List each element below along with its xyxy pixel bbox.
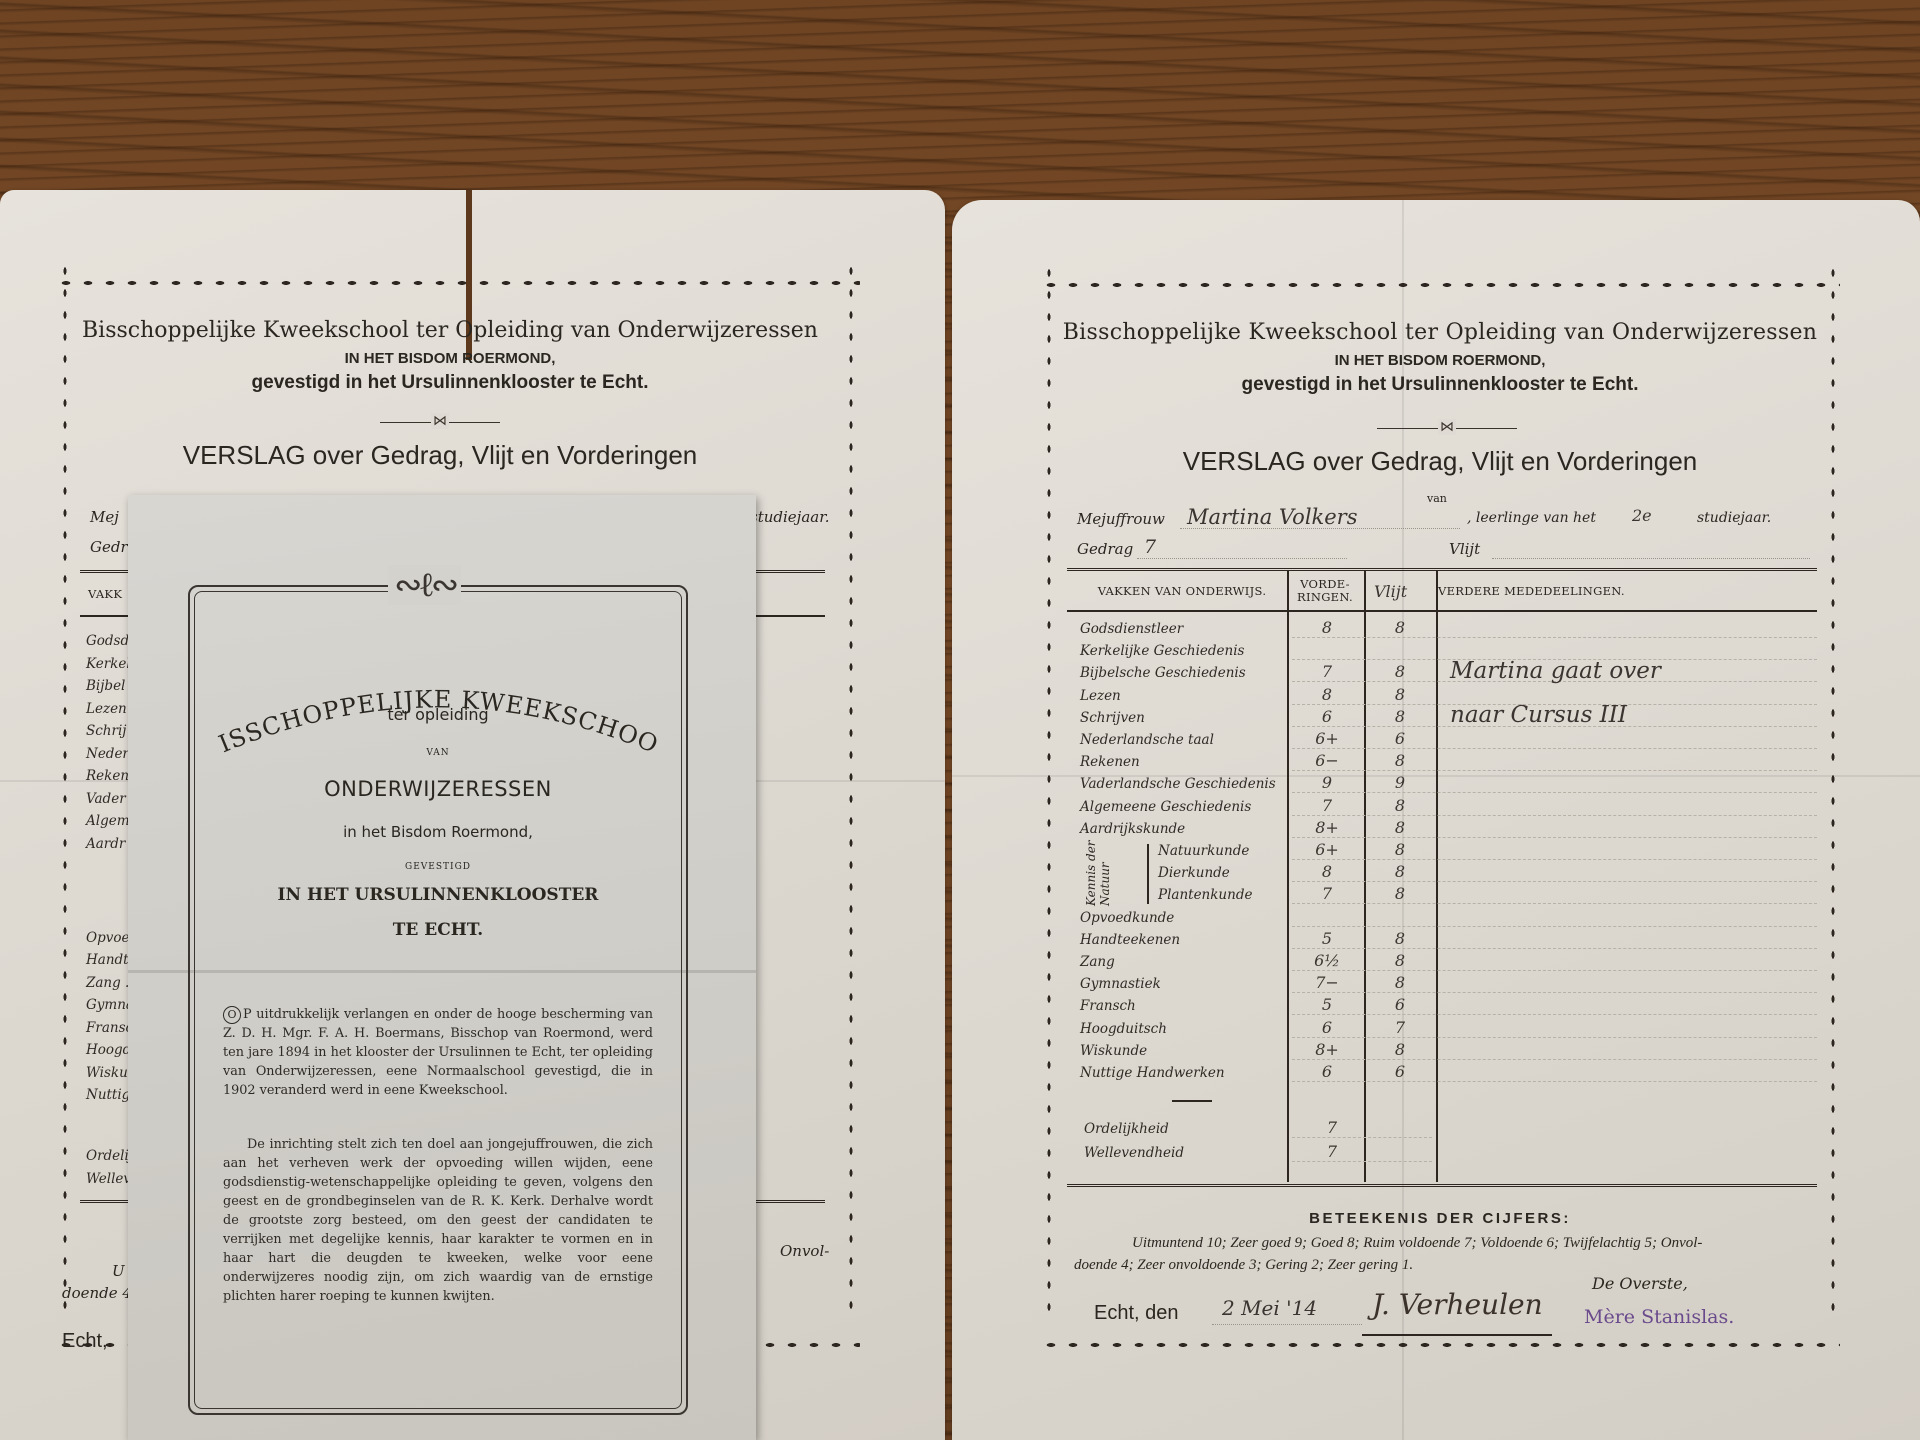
report-heading: VERSLAG over Gedrag, Vlijt en Vorderinge… xyxy=(30,440,850,471)
vlijt-grade: 8 xyxy=(1370,973,1430,992)
section-separator xyxy=(1172,1100,1212,1102)
table-top-rule xyxy=(1067,568,1817,572)
vlijt-grade: 8 xyxy=(1370,751,1430,770)
gedrag-fragment: Gedr xyxy=(90,538,128,556)
subject-name: Aardrijkskunde xyxy=(1080,821,1185,837)
vorderingen-grade: 8+ xyxy=(1297,1040,1357,1059)
vorderingen-grade: 8 xyxy=(1297,862,1357,881)
vlijt-grade: 6 xyxy=(1370,1062,1430,1081)
brace xyxy=(1147,844,1153,904)
vorderingen-grade: 6− xyxy=(1297,751,1357,770)
subject-name: Opvoedkunde xyxy=(1080,910,1174,926)
vorderingen-grade: 5 xyxy=(1297,929,1357,948)
subject-name: Lezen xyxy=(1080,688,1121,704)
location: gevestigd in het Ursulinnenklooster te E… xyxy=(1040,374,1840,396)
place-fragment: Echt, xyxy=(62,1330,108,1353)
vorderingen-grade: 9 xyxy=(1297,773,1357,792)
subject-fragment: Lezen xyxy=(86,698,127,720)
table-row: Dierkunde xyxy=(1158,862,1230,884)
vorderingen-grade: 6 xyxy=(1297,1018,1357,1037)
remark-line-2: naar Cursus III xyxy=(1450,702,1627,728)
conduct-grade: 7 xyxy=(1302,1118,1362,1137)
column-divider xyxy=(1287,570,1289,1182)
table-row: Ordelijkheid xyxy=(1084,1118,1169,1140)
vlijt-grade: 8 xyxy=(1370,707,1430,726)
row-guide-line xyxy=(1292,881,1817,882)
mejuffrouw-label: Mejuffrouw xyxy=(1077,510,1165,528)
subject-name: Gymna xyxy=(86,997,134,1013)
row-guide-line xyxy=(1292,815,1817,816)
subject-fragment: Aardr xyxy=(86,833,125,855)
subject-name: Hoogduitsch xyxy=(1080,1021,1167,1037)
vorderingen-grade: 6 xyxy=(1297,1062,1357,1081)
ornament-divider xyxy=(380,422,500,423)
table-row: Plantenkunde xyxy=(1158,884,1252,906)
studiejaar-label: studiejaar. xyxy=(1697,510,1771,526)
subject-name: Rekenen xyxy=(1080,754,1140,770)
table-row: Lezen xyxy=(1080,685,1121,707)
brochure-paragraph-2: De inrichting stelt zich ten doel aan jo… xyxy=(223,1135,653,1306)
subject-name: Fransch xyxy=(1080,998,1136,1014)
legend-fragment: Onvol- xyxy=(780,1242,829,1260)
ornament-divider xyxy=(1377,428,1517,429)
vorderingen-grade: 7 xyxy=(1297,884,1357,903)
subject-name: Neder xyxy=(86,746,129,762)
table-row: Fransch xyxy=(1080,995,1136,1017)
brochure-line: VAN xyxy=(198,748,678,758)
row-guide-line xyxy=(1292,903,1817,904)
vlijt-grade: 8 xyxy=(1370,662,1430,681)
row-guide-line xyxy=(1292,926,1817,927)
vorderingen-grade: 7− xyxy=(1297,973,1357,992)
subject-name: Lezen xyxy=(86,701,127,717)
flourish-ornament: ∾ℓ∾ xyxy=(388,565,461,605)
subject-fragment: Neder xyxy=(86,743,129,765)
report-date: 2 Mei '14 xyxy=(1222,1296,1317,1320)
subject-name: Godsdi xyxy=(86,633,133,649)
subject-name: Schrijven xyxy=(1080,710,1145,726)
table-row: Gymnastiek xyxy=(1080,973,1161,995)
vorderingen-grade: 6 xyxy=(1297,707,1357,726)
table-row: Kerkelijke Geschiedenis xyxy=(1080,640,1244,662)
legend-fragment: U xyxy=(112,1262,125,1280)
paragraph-text: P uitdrukkelijk verlangen en onder de ho… xyxy=(223,1007,653,1098)
subject-fragment: Vader xyxy=(86,788,126,810)
vorderingen-grade: 8 xyxy=(1297,685,1357,704)
signature-underline xyxy=(1362,1334,1552,1336)
subject-fragment: Nuttig xyxy=(86,1084,130,1106)
table-row: Rekenen xyxy=(1080,751,1140,773)
subject-fragment: Wisku xyxy=(86,1062,128,1084)
subject-name: Wisku xyxy=(86,1065,128,1081)
brochure-line: GEVESTIGD xyxy=(198,862,678,872)
vlijt-grade: 6 xyxy=(1370,729,1430,748)
vorderingen-grade: 7 xyxy=(1297,796,1357,815)
date-field-line xyxy=(1212,1324,1362,1325)
mejuffrouw-fragment: Mej xyxy=(90,508,119,526)
header-diligence: Vlijt xyxy=(1374,582,1407,601)
teacher-signature: J. Verheulen xyxy=(1372,1288,1543,1321)
row-guide-line xyxy=(1292,1037,1817,1038)
subject-fragment: Schrij xyxy=(86,720,126,742)
table-row: Nuttige Handwerken xyxy=(1080,1062,1225,1084)
report-heading: VERSLAG over Gedrag, Vlijt en Vorderinge… xyxy=(1040,446,1840,477)
subject-name: Fransc xyxy=(86,1020,133,1036)
row-guide-line xyxy=(1292,859,1817,860)
table-row: Bijbelsche Geschiedenis xyxy=(1080,662,1246,684)
gedrag-value: 7 xyxy=(1144,536,1156,558)
van-label: van xyxy=(1427,492,1447,505)
subject-name: Natuurkunde xyxy=(1158,843,1249,859)
brochure-line: TE ECHT. xyxy=(198,920,678,940)
dropcap: O xyxy=(223,1006,241,1024)
subject-name: Nuttige Handwerken xyxy=(1080,1065,1225,1081)
subject-name: Wellev xyxy=(86,1171,131,1187)
table-row: Nederlandsche taal xyxy=(1080,729,1214,751)
subject-name: Kerkel xyxy=(86,656,131,672)
subject-fragment: Gymna xyxy=(86,994,134,1016)
legend-fragment: doende 4 xyxy=(62,1284,132,1302)
chain-border-top xyxy=(55,278,860,288)
header-remarks: VERDERE MEDEDEELINGEN. xyxy=(1422,585,1722,598)
vakken-header-fragment: VAKK xyxy=(88,588,122,601)
header-subjects: VAKKEN VAN ONDERWIJS. xyxy=(1072,585,1292,598)
row-guide-line xyxy=(1292,970,1817,971)
table-row: Aardrijkskunde xyxy=(1080,818,1185,840)
study-year: 2e xyxy=(1632,506,1652,525)
table-row: Vaderlandsche Geschiedenis xyxy=(1080,773,1276,795)
vorderingen-grade: 8+ xyxy=(1297,818,1357,837)
vlijt-grade: 8 xyxy=(1370,951,1430,970)
row-guide-line xyxy=(1292,748,1817,749)
right-report-sheet: Bisschoppelijke Kweekschool ter Opleidin… xyxy=(952,200,1920,1440)
row-guide-line xyxy=(1292,992,1817,993)
grade-legend-title: BETEEKENIS DER CIJFERS: xyxy=(1040,1210,1840,1227)
subject-fragment: Algem xyxy=(86,810,130,832)
subject-name: Godsdienstleer xyxy=(1080,621,1183,637)
vorderingen-grade: 6½ xyxy=(1297,951,1357,970)
column-divider xyxy=(1364,570,1366,1182)
brochure-paragraph-1: OP uitdrukkelijk verlangen en onder de h… xyxy=(223,1005,653,1100)
subject-fragment: Zang . xyxy=(86,972,129,994)
studiejaar-fragment: studiejaar. xyxy=(750,508,830,526)
subject-name: Zang xyxy=(1080,954,1115,970)
subject-name: Zang . xyxy=(86,975,129,991)
subject-name: Gymnastiek xyxy=(1080,976,1161,992)
vlijt-grade: 8 xyxy=(1370,618,1430,637)
vlijt-grade: 9 xyxy=(1370,773,1430,792)
table-row: Hoogduitsch xyxy=(1080,1018,1167,1040)
row-guide-line xyxy=(1292,1014,1817,1015)
vlijt-grade: 8 xyxy=(1370,840,1430,859)
brochure-line: ter opleiding xyxy=(198,705,678,724)
vlijt-grade: 8 xyxy=(1370,862,1430,881)
table-row: Algemeene Geschiedenis xyxy=(1080,796,1251,818)
student-name: Martina Volkers xyxy=(1187,505,1358,529)
vorderingen-grade: 8 xyxy=(1297,618,1357,637)
kennis-der-natuur-label: Kennis der Natuur xyxy=(1084,840,1112,906)
subject-name: Bijbelsche Geschiedenis xyxy=(1080,665,1246,681)
subject-name: Algemeene Geschiedenis xyxy=(1080,799,1251,815)
vlijt-grade: 6 xyxy=(1370,995,1430,1014)
vlijt-grade: 8 xyxy=(1370,818,1430,837)
table-row: Godsdienstleer xyxy=(1080,618,1183,640)
subject-name: Wiskunde xyxy=(1080,1043,1147,1059)
vlijt-grade: 7 xyxy=(1370,1018,1430,1037)
row-guide-line xyxy=(1292,792,1817,793)
row-guide-line xyxy=(1292,1059,1817,1060)
table-row: Schrijven xyxy=(1080,707,1145,729)
subject-fragment: Wellev xyxy=(86,1168,131,1190)
table-row: Zang xyxy=(1080,951,1115,973)
subject-fragment: Bijbel xyxy=(86,675,125,697)
row-guide-line xyxy=(1292,1137,1432,1138)
brochure-line: in het Bisdom Roermond, xyxy=(198,823,678,841)
vorderingen-grade: 6+ xyxy=(1297,729,1357,748)
vorderingen-grade: 5 xyxy=(1297,995,1357,1014)
leerlinge-label: , leerlinge van het xyxy=(1467,510,1596,526)
conduct-name: Ordelijkheid xyxy=(1084,1121,1169,1137)
subject-name: Schrij xyxy=(86,723,126,739)
row-guide-line xyxy=(1292,770,1817,771)
subject-fragment: Godsdi xyxy=(86,630,133,652)
vlijt-field-line xyxy=(1492,558,1810,559)
vlijt-grade: 8 xyxy=(1370,884,1430,903)
subject-name: Handteekenen xyxy=(1080,932,1180,948)
vlijt-grade: 8 xyxy=(1370,796,1430,815)
table-header-rule xyxy=(1067,610,1817,612)
school-title: Bisschoppelijke Kweekschool ter Opleidin… xyxy=(1040,320,1840,345)
brochure-line: IN HET URSULINNENKLOOSTER xyxy=(198,885,678,905)
table-bottom-rule xyxy=(1067,1184,1817,1188)
brochure-title-onderwijzeressen: ONDERWIJZERESSEN xyxy=(198,777,678,801)
table-row: Opvoedkunde xyxy=(1080,907,1174,929)
remark-line-1: Martina gaat over xyxy=(1450,658,1661,684)
vlijt-label: Vlijt xyxy=(1449,540,1480,558)
subject-name: Kerkelijke Geschiedenis xyxy=(1080,643,1244,659)
subject-name: Vader xyxy=(86,791,126,807)
place-label: Echt, den xyxy=(1094,1302,1179,1325)
row-guide-line xyxy=(1292,837,1817,838)
table-row: Wellevendheid xyxy=(1084,1142,1184,1164)
subject-name: Aardr xyxy=(86,836,125,852)
subject-name: Algem xyxy=(86,813,130,829)
diocese: IN HET BISDOM ROERMOND, xyxy=(60,350,840,367)
superior-stamp: Mère Stanislas. xyxy=(1584,1306,1734,1328)
subject-name: Plantenkunde xyxy=(1158,887,1252,903)
table-row: Handteekenen xyxy=(1080,929,1180,951)
vlijt-grade: 8 xyxy=(1370,685,1430,704)
subject-name: Nuttig xyxy=(86,1087,130,1103)
header-progress: VORDE- RINGEN. xyxy=(1290,578,1360,604)
table-row: Natuurkunde xyxy=(1158,840,1249,862)
row-guide-line xyxy=(1292,1081,1817,1082)
chain-border-right xyxy=(846,260,856,1320)
gedrag-field-line xyxy=(1137,558,1347,559)
subject-name: Vaderlandsche Geschiedenis xyxy=(1080,776,1276,792)
vlijt-grade: 8 xyxy=(1370,1040,1430,1059)
vorderingen-grade: 7 xyxy=(1297,662,1357,681)
location: gevestigd in het Ursulinnenklooster te E… xyxy=(60,372,840,394)
subject-name: Bijbel xyxy=(86,678,125,694)
gedrag-label: Gedrag xyxy=(1077,540,1133,558)
grade-legend-line-2: doende 4; Zeer onvoldoende 3; Gering 2; … xyxy=(1074,1254,1764,1276)
vorderingen-grade: 6+ xyxy=(1297,840,1357,859)
school-brochure: ∾ℓ∾ BISSCHOPPELIJKE KWEEKSCHOOL ter ople… xyxy=(128,495,756,1440)
grade-legend-line-1: Uitmuntend 10; Zeer goed 9; Goed 8; Ruim… xyxy=(1132,1232,1822,1254)
column-divider xyxy=(1436,570,1438,1182)
school-title: Bisschoppelijke Kweekschool ter Opleidin… xyxy=(60,318,840,343)
table-row: Wiskunde xyxy=(1080,1040,1147,1062)
subject-fragment: Kerkel xyxy=(86,653,131,675)
conduct-name: Wellevendheid xyxy=(1084,1145,1184,1161)
row-guide-line xyxy=(1292,948,1817,949)
diocese: IN HET BISDOM ROERMOND, xyxy=(1040,352,1840,369)
row-guide-line xyxy=(1292,637,1817,638)
conduct-grade: 7 xyxy=(1302,1142,1362,1161)
subject-name: Nederlandsche taal xyxy=(1080,732,1214,748)
subject-fragment: Fransc xyxy=(86,1017,133,1039)
chain-border-left xyxy=(60,260,70,1320)
vlijt-grade: 8 xyxy=(1370,929,1430,948)
subject-name: Dierkunde xyxy=(1158,865,1230,881)
overste-label: De Overste, xyxy=(1592,1274,1688,1293)
report-content: Bisschoppelijke Kweekschool ter Opleidin… xyxy=(952,200,1920,1440)
row-guide-line xyxy=(1292,1161,1432,1162)
